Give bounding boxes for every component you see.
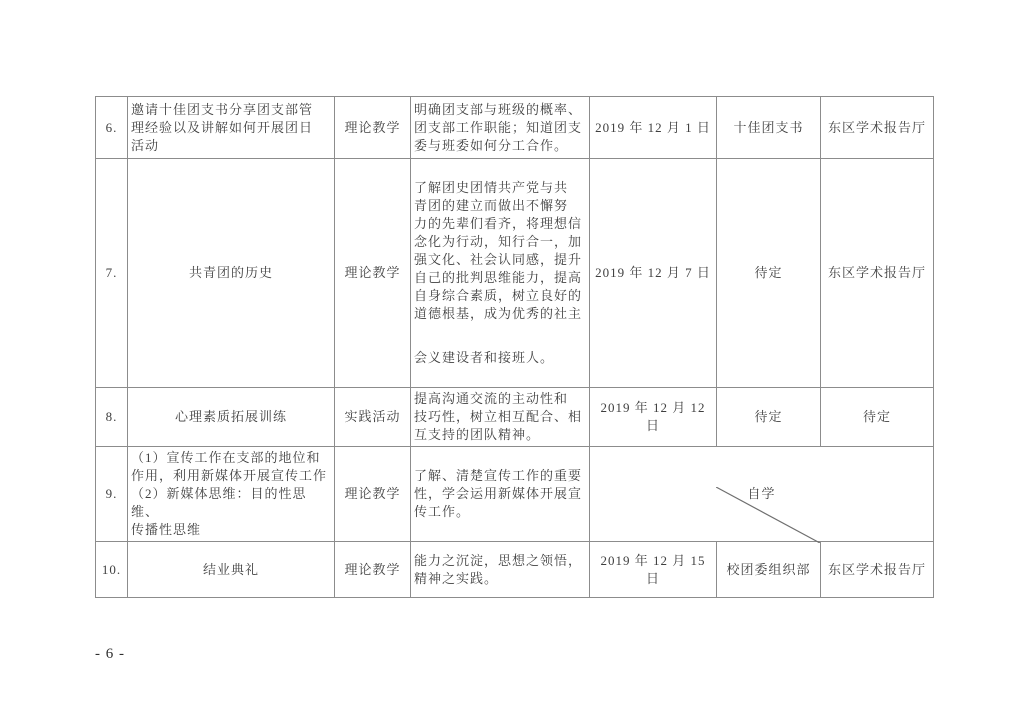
organizer-cell: 待定 <box>717 159 821 388</box>
document-page: 6. 邀请十佳团支书分享团支部管 理经验以及讲解如何开展团日 活动 理论教学 明… <box>0 0 1024 723</box>
merged-selfstudy-cell: 自学 <box>590 447 934 542</box>
row-number-cell: 9. <box>96 447 128 542</box>
location-cell: 东区学术报告厅 <box>821 542 934 598</box>
type-cell: 理论教学 <box>335 447 411 542</box>
activity-cell: 邀请十佳团支书分享团支部管 理经验以及讲解如何开展团日 活动 <box>128 97 335 159</box>
location-cell: 待定 <box>821 388 934 447</box>
row-number-cell: 8. <box>96 388 128 447</box>
organizer-cell: 校团委组织部 <box>717 542 821 598</box>
location-cell: 东区学术报告厅 <box>821 159 934 388</box>
row-number-cell: 6. <box>96 97 128 159</box>
page-number: - 6 - <box>95 646 125 663</box>
schedule-table: 6. 邀请十佳团支书分享团支部管 理经验以及讲解如何开展团日 活动 理论教学 明… <box>95 96 934 598</box>
activity-cell: （1）宣传工作在支部的地位和 作用，利用新媒体开展宣传工作 （2）新媒体思维：目… <box>128 447 335 542</box>
date-cell: 2019 年 12 月 1 日 <box>590 97 717 159</box>
objective-cell: 能力之沉淀，思想之领悟， 精神之实践。 <box>411 542 590 598</box>
date-cell: 2019 年 12 月 15 日 <box>590 542 717 598</box>
row-number-cell: 10. <box>96 542 128 598</box>
objective-cell: 了解、清楚宣传工作的重要 性，学会运用新媒体开展宣 传工作。 <box>411 447 590 542</box>
activity-cell: 心理素质拓展训练 <box>128 388 335 447</box>
type-cell: 理论教学 <box>335 159 411 388</box>
objective-cell: 明确团支部与班级的概率、 团支部工作职能；知道团支 委与班委如何分工合作。 <box>411 97 590 159</box>
type-cell: 理论教学 <box>335 542 411 598</box>
type-cell: 实践活动 <box>335 388 411 447</box>
organizer-cell: 待定 <box>717 388 821 447</box>
organizer-cell: 十佳团支书 <box>717 97 821 159</box>
table-row: 9. （1）宣传工作在支部的地位和 作用，利用新媒体开展宣传工作 （2）新媒体思… <box>96 447 934 542</box>
activity-cell: 共青团的历史 <box>128 159 335 388</box>
date-cell: 2019 年 12 月 7 日 <box>590 159 717 388</box>
objective-cell: 了解团史团情共产党与共 青团的建立而做出不懈努 力的先辈们看齐，将理想信 念化为… <box>411 159 590 388</box>
objective-paragraph: 会义建设者和接班人。 <box>414 349 586 367</box>
activity-cell: 结业典礼 <box>128 542 335 598</box>
table-row: 8. 心理素质拓展训练 实践活动 提高沟通交流的主动性和 技巧性，树立相互配合、… <box>96 388 934 447</box>
row-number-cell: 7. <box>96 159 128 388</box>
objective-cell: 提高沟通交流的主动性和 技巧性，树立相互配合、相 互支持的团队精神。 <box>411 388 590 447</box>
table-row: 10. 结业典礼 理论教学 能力之沉淀，思想之领悟， 精神之实践。 2019 年… <box>96 542 934 598</box>
table-row: 6. 邀请十佳团支书分享团支部管 理经验以及讲解如何开展团日 活动 理论教学 明… <box>96 97 934 159</box>
location-cell: 东区学术报告厅 <box>821 97 934 159</box>
type-cell: 理论教学 <box>335 97 411 159</box>
objective-paragraph: 了解团史团情共产党与共 青团的建立而做出不懈努 力的先辈们看齐，将理想信 念化为… <box>414 179 586 323</box>
date-cell: 2019 年 12 月 12 日 <box>590 388 717 447</box>
table-row: 7. 共青团的历史 理论教学 了解团史团情共产党与共 青团的建立而做出不懈努 力… <box>96 159 934 388</box>
